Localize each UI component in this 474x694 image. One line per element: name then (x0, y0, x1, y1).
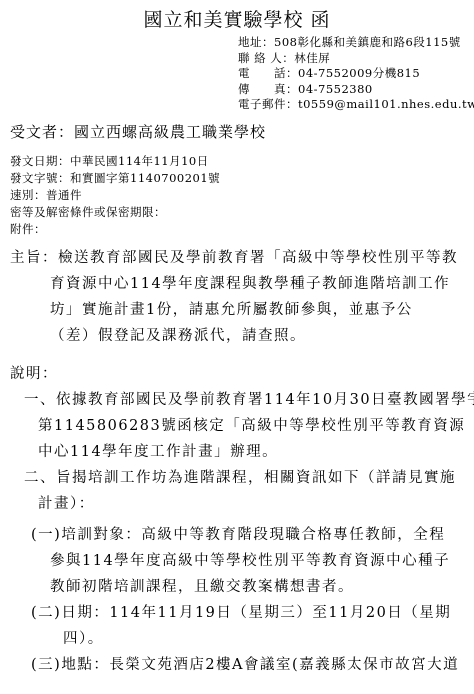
sub-item-1-target: 參與114學年度高級中等學校性別平等教育資源中心種子 (50, 548, 474, 574)
sub-item-3-location: (三)地點：長榮文苑酒店2樓A會議室(嘉義縣太保市故宮大道 (31, 652, 474, 678)
subject-line: 坊」實施計畫1份，請惠允所屬教師參與，並惠予公 (50, 297, 474, 323)
explanation-item-2: 計畫）： (38, 491, 474, 517)
explanation-item-1: 中心114學年度工作計畫」辦理。 (38, 439, 474, 465)
sub-item-1-target: (一)培訓對象：高級中等教育階段現職合格專任教師，全程 (31, 522, 474, 548)
contact-address: 地址：508彰化縣和美鎮鹿和路6段115號 (238, 35, 474, 51)
document-title: 國立和美實驗學校 函 (0, 0, 474, 33)
meta-priority: 速別：普通件 (10, 187, 474, 204)
contact-email: 電子郵件：t0559@mail101.nhes.edu.tw (238, 97, 474, 113)
meta-security: 密等及解密條件或保密期限： (10, 204, 474, 221)
contact-fax: 傳 真：04-7552380 (238, 82, 474, 98)
sub-item-2-date: 四）。 (63, 626, 474, 652)
contact-phone: 電 話：04-7552009分機815 (238, 66, 474, 82)
sub-item-1-target: 教師初階培訓課程，且繳交教案構想書者。 (50, 574, 474, 600)
subject-line: （差）假登記及課務派代，請查照。 (50, 323, 474, 349)
explanation-item-1: 第1145806283號函核定「高級中等學校性別平等教育資源 (38, 413, 474, 439)
meta-issue-date: 發文日期：中華民國114年11月10日 (10, 153, 474, 170)
contact-person: 聯 絡 人：林佳屏 (238, 51, 474, 67)
recipient-line: 受文者：國立西螺高級農工職業學校 (10, 123, 474, 142)
meta-attachment: 附件： (10, 221, 474, 238)
official-letter-page: 國立和美實驗學校 函 地址：508彰化縣和美鎮鹿和路6段115號 聯 絡 人：林… (0, 0, 474, 694)
explanation-item-2: 二、旨揭培訓工作坊為進階課程，相關資訊如下（詳請見實施 (24, 465, 474, 491)
subject-line: 育資源中心114學年度課程與教學種子教師進階培訓工作 (50, 271, 474, 297)
letter-body: 主旨：檢送教育部國民及學前教育署「高級中等學校性別平等教 育資源中心114學年度… (10, 245, 474, 678)
contact-info-block: 地址：508彰化縣和美鎮鹿和路6段115號 聯 絡 人：林佳屏 電 話：04-7… (238, 35, 474, 113)
document-meta-block: 發文日期：中華民國114年11月10日 發文字號：和實圖字第1140700201… (10, 153, 474, 238)
subject-text: 檢送教育部國民及學前教育署「高級中等學校性別平等教 (58, 250, 458, 266)
meta-doc-number: 發文字號：和實圖字第1140700201號 (10, 170, 474, 187)
sub-item-2-date: (二)日期：114年11月19日（星期三）至11月20日（星期 (31, 600, 474, 626)
subject-label: 主旨： (10, 250, 58, 266)
subject-line: 主旨：檢送教育部國民及學前教育署「高級中等學校性別平等教 (10, 245, 474, 271)
explanation-item-1: 一、依據教育部國民及學前教育署114年10月30日臺教國署學字 (24, 387, 474, 413)
explanation-label: 說明： (10, 361, 474, 387)
